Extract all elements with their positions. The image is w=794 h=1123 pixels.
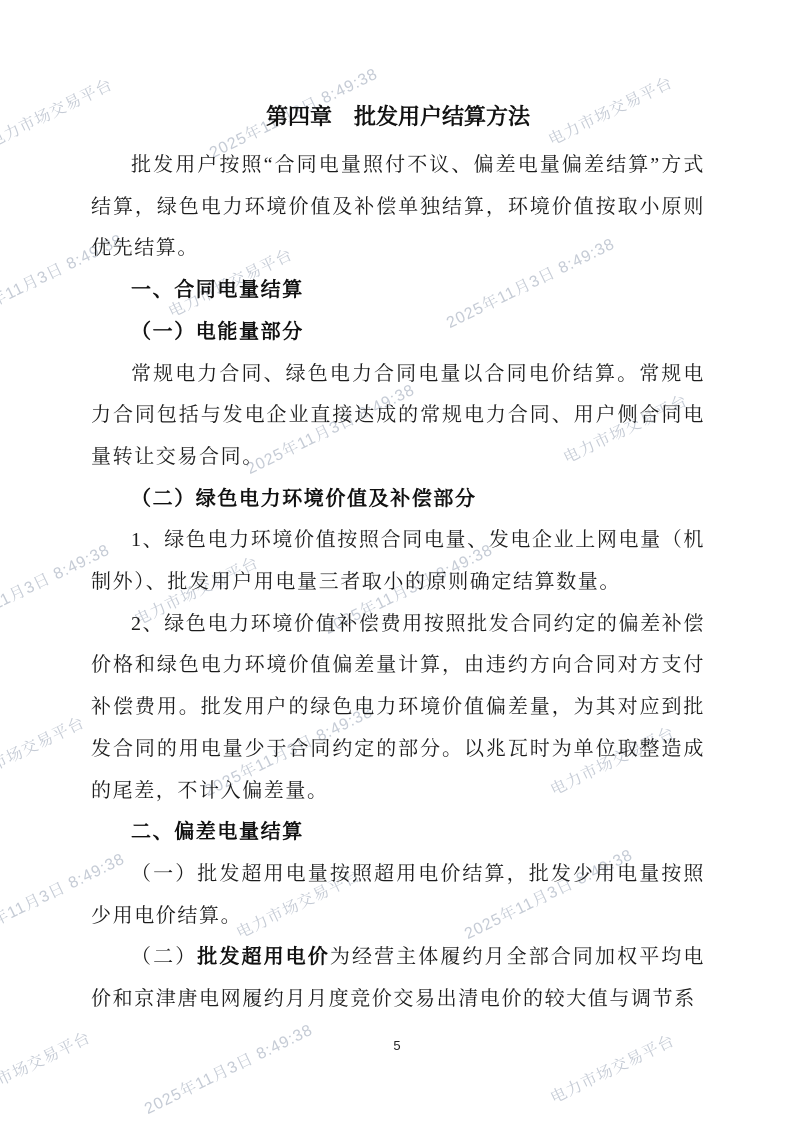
text-run: 2、绿色电力环境价值补偿费用按照批发合同约定的偏差补偿价格和绿色电力环境价值偏差… [91,613,705,802]
body-paragraph: 批发用户按照“合同电量照付不议、偏差电量偏差结算”方式结算，绿色电力环境价值及补… [91,145,705,270]
bold-text-run: 一、合同电量结算 [131,279,304,301]
section-heading: 二、偏差电量结算 [91,812,705,854]
bold-text-run: 批发超用电价 [197,946,330,968]
section-heading: （二）绿色电力环境价值及补偿部分 [91,479,705,521]
watermark-platform-text: 电力市场交易平台 [0,1025,94,1105]
body-paragraph: （二）批发超用电价为经营主体履约月全部合同加权平均电价和京津唐电网履约月月度竞价… [91,937,705,1020]
body-paragraph: （一）批发超用电量按照超用电价结算，批发少用电量按照少用电价结算。 [91,854,705,937]
document-page: 电力市场交易平台2025年11月3日 8:49:38电力市场交易平台2025年1… [0,0,794,1123]
page-number: 5 [0,1038,794,1054]
text-run: （一）批发超用电量按照超用电价结算，批发少用电量按照少用电价结算。 [91,863,705,927]
watermark-timestamp-text: 2025年11月3日 8:49:38 [140,1017,316,1119]
bold-text-run: （二）绿色电力环境价值及补偿部分 [131,488,477,510]
text-run: 常规电力合同、绿色电力合同电量以合同电价结算。常规电力合同包括与发电企业直接达成… [91,363,705,468]
body-paragraph: 1、绿色电力环境价值按照合同电量、发电企业上网电量（机制外）、批发用户用电量三者… [91,520,705,603]
section-heading: （一）电能量部分 [91,312,705,354]
section-heading: 一、合同电量结算 [91,270,705,312]
document-content: 第四章 批发用户结算方法 批发用户按照“合同电量照付不议、偏差电量偏差结算”方式… [91,103,705,1021]
watermark-platform-text: 电力市场交易平台 [0,710,88,790]
document-body: 批发用户按照“合同电量照付不议、偏差电量偏差结算”方式结算，绿色电力环境价值及补… [91,145,705,1021]
chapter-title: 第四章 批发用户结算方法 [91,103,705,130]
text-run: （二） [131,946,197,968]
bold-text-run: （一）电能量部分 [131,321,304,343]
body-paragraph: 常规电力合同、绿色电力合同电量以合同电价结算。常规电力合同包括与发电企业直接达成… [91,354,705,479]
body-paragraph: 2、绿色电力环境价值补偿费用按照批发合同约定的偏差补偿价格和绿色电力环境价值偏差… [91,604,705,813]
text-run: 1、绿色电力环境价值按照合同电量、发电企业上网电量（机制外）、批发用户用电量三者… [91,529,705,593]
text-run: 批发用户按照“合同电量照付不议、偏差电量偏差结算”方式结算，绿色电力环境价值及补… [91,154,705,259]
bold-text-run: 二、偏差电量结算 [131,821,304,843]
